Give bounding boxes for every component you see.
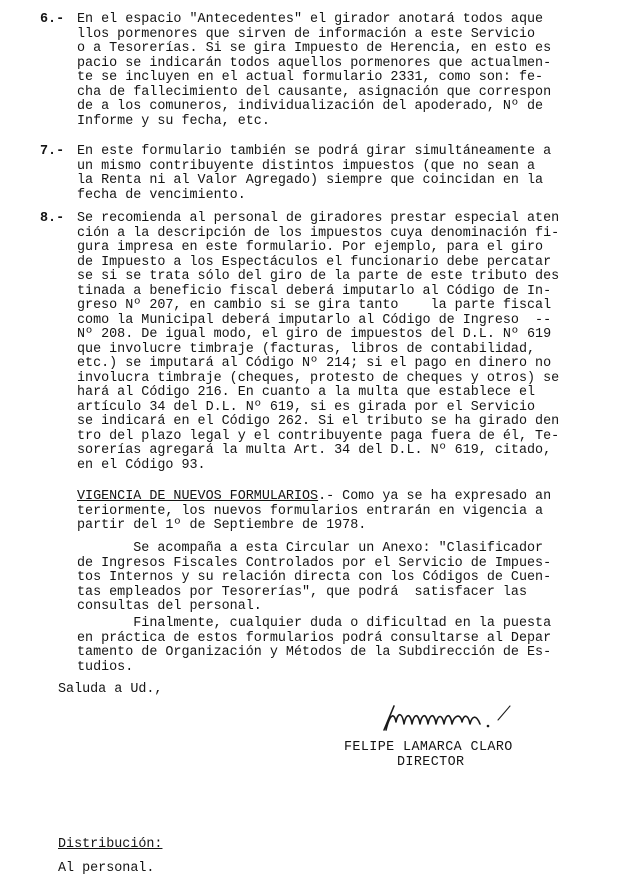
item-7-line: la Renta ni al Valor Agregado) siempre q… — [77, 174, 551, 189]
item-number-6: 6.- — [40, 13, 64, 28]
item-8-line: en el Código 93. — [77, 459, 559, 474]
finalmente-line: tamento de Organización y Métodos de la … — [77, 646, 551, 661]
item-6-line: Informe y su fecha, etc. — [77, 115, 551, 130]
item-7-line: En este formulario también se podrá gira… — [77, 145, 551, 160]
item-number-8: 8.- — [40, 212, 64, 227]
item-8-line: se indicará en el Código 262. Si el trib… — [77, 415, 559, 430]
item-6-line: llos pormenores que sirven de informació… — [77, 28, 551, 43]
item-8-line: de Impuesto a los Espectáculos el funcio… — [77, 256, 559, 271]
item-number-7: 7.- — [40, 145, 64, 160]
item-8-line: etc.) se imputará al Código Nº 214; si e… — [77, 357, 559, 372]
item-8-line: tro del plazo legal y el contribuyente p… — [77, 430, 559, 445]
vigencia-paragraph: VIGENCIA DE NUEVOS FORMULARIOS.- Como ya… — [77, 490, 551, 534]
item-6-line: o a Tesorerías. Si se gira Impuesto de H… — [77, 42, 551, 57]
item-6-line: pacio se indicarán todos aquellos pormen… — [77, 57, 551, 72]
anexo-line: de Ingresos Fiscales Controlados por el … — [77, 557, 551, 572]
distribution-value: Al personal. — [58, 862, 154, 877]
signatory-name: FELIPE LAMARCA CLARO — [344, 740, 513, 755]
item-8-line: artículo 34 del D.L. Nº 619, si es girad… — [77, 401, 559, 416]
item-8-line: como la Municipal deberá imputarlo al Có… — [77, 314, 559, 329]
finalmente-line: en práctica de estos formularios podrá c… — [77, 632, 551, 647]
vigencia-first-line: VIGENCIA DE NUEVOS FORMULARIOS.- Como ya… — [77, 490, 551, 505]
item-8-line: se si se trata sólo del giro de la parte… — [77, 270, 559, 285]
item-7-line: un mismo contribuyente distintos impuest… — [77, 160, 551, 175]
item-6-line: En el espacio "Antecedentes" el girador … — [77, 13, 551, 28]
anexo-line: tas empleados por Tesorerías", que podrá… — [77, 586, 551, 601]
finalmente-line: tudios. — [77, 661, 551, 676]
anexo-paragraph: Se acompaña a esta Circular un Anexo: "C… — [77, 542, 551, 615]
closing-salutation: Saluda a Ud., — [58, 683, 162, 698]
anexo-line: tos Internos y su relación directa con l… — [77, 571, 551, 586]
item-6-paragraph: En el espacio "Antecedentes" el girador … — [77, 13, 551, 129]
item-6-line: cha de fallecimiento del causante, asign… — [77, 86, 551, 101]
item-8-line: hará al Código 216. En cuanto a la multa… — [77, 386, 559, 401]
item-6-line: te se incluyen en el actual formulario 2… — [77, 71, 551, 86]
vigencia-first-line-text: .- Como ya se ha expresado an — [318, 489, 551, 504]
item-6-line: de a los comuneros, individualización de… — [77, 100, 551, 115]
distribution-heading: Distribución: — [58, 838, 162, 853]
item-8-line: involucra timbraje (cheques, protesto de… — [77, 372, 559, 387]
anexo-line: consultas del personal. — [77, 600, 551, 615]
item-8-line: ción a la descripción de los impuestos c… — [77, 227, 559, 242]
vigencia-line: teriormente, los nuevos formularios entr… — [77, 505, 551, 520]
item-8-line: gura impresa en este formulario. Por eje… — [77, 241, 559, 256]
item-8-line: greso Nº 207, en cambio si se gira tanto… — [77, 299, 559, 314]
item-8-paragraph: Se recomienda al personal de giradores p… — [77, 212, 559, 473]
signatory-title: DIRECTOR — [397, 755, 465, 770]
item-7-line: fecha de vencimiento. — [77, 189, 551, 204]
anexo-line: Se acompaña a esta Circular un Anexo: "C… — [77, 542, 551, 557]
handwritten-signature-icon — [376, 700, 576, 736]
item-8-line: sorerías agregará la multa Art. 34 del D… — [77, 444, 559, 459]
item-8-line: Nº 208. De igual modo, el giro de impues… — [77, 328, 559, 343]
item-7-paragraph: En este formulario también se podrá gira… — [77, 145, 551, 203]
item-8-line: Se recomienda al personal de giradores p… — [77, 212, 559, 227]
vigencia-line: partir del 1º de Septiembre de 1978. — [77, 519, 551, 534]
finalmente-line: Finalmente, cualquier duda o dificultad … — [77, 617, 551, 632]
document-page: 6.- En el espacio "Antecedentes" el gira… — [0, 0, 630, 891]
item-8-line: tinada a beneficio fiscal deberá imputar… — [77, 285, 559, 300]
item-8-line: que involucre timbraje (facturas, libros… — [77, 343, 559, 358]
finalmente-paragraph: Finalmente, cualquier duda o dificultad … — [77, 617, 551, 675]
vigencia-heading: VIGENCIA DE NUEVOS FORMULARIOS — [77, 489, 318, 504]
